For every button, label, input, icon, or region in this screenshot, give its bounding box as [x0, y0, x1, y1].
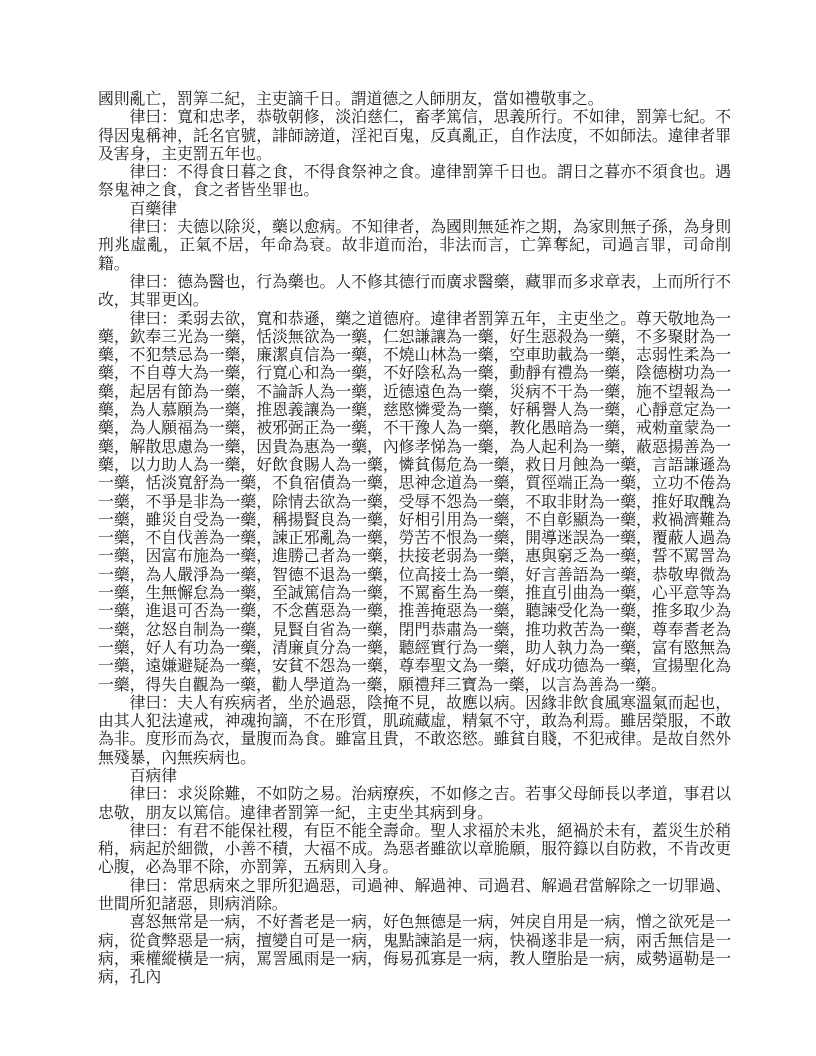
paragraph-hundred-diseases-list: 喜怒無常是一病，不好耆老是一病，好色無德是一病，舛戾自用是一病，憎之欲死是一病，… — [98, 914, 731, 987]
document-page-text: 國則亂亡，罰筭二紀，主吏謫千日。謂道德之人師朋友，當如禮敬事之。 律曰：寬和忠孝… — [98, 91, 731, 988]
heading-baibing-lv: 百病律 — [98, 768, 731, 786]
paragraph-lv-8: 律曰：有君不能保社稷，有臣不能全壽命。聖人求福於未兆，絕禍於未有，蓋災生於稍稍，… — [98, 823, 731, 878]
paragraph-lv-3: 律曰：夫德以除災，藥以愈病。不知律者，為國則無延祚之期，為家則無子孫，為身則刑兆… — [98, 219, 731, 274]
paragraph-lv-6: 律曰：夫人有疾病者，坐於過惡，陰掩不見，故應以病。因緣非飲食風寒溫氣而起也，由其… — [98, 695, 731, 768]
paragraph-lv-4: 律曰：德為醫也，行為藥也。人不修其德行而廣求醫藥，藏罪而多求章表，上而所行不改，… — [98, 274, 731, 311]
heading-baiyao-lv: 百藥律 — [98, 201, 731, 219]
paragraph-continuation: 國則亂亡，罰筭二紀，主吏謫千日。謂道德之人師朋友，當如禮敬事之。 — [98, 91, 731, 109]
paragraph-lv-5-hundred-medicines: 律曰：柔弱去欲，寬和恭遜，藥之道德府。違律者罰筭五年，主吏坐之。尊天敬地為一藥，… — [98, 311, 731, 695]
paragraph-lv-1: 律曰：寬和忠孝，恭敬朝修，淡泊慈仁，畜孝篤信，思義所行。不如律，罰筭七紀。不得因… — [98, 109, 731, 164]
paragraph-lv-7: 律曰：求災除難，不如防之易。治病療疾，不如修之吉。若事父母師長以孝道，事君以忠敬… — [98, 786, 731, 823]
paragraph-lv-2: 律曰：不得食日暮之食，不得食祭神之食。違律罰筭千日也。謂日之暮亦不須食也。遇祭鬼… — [98, 164, 731, 201]
paragraph-lv-9: 律曰：常思病來之罪所犯過惡，司過神、解過神、司過君、解過君當解除之一切罪過、世間… — [98, 878, 731, 915]
